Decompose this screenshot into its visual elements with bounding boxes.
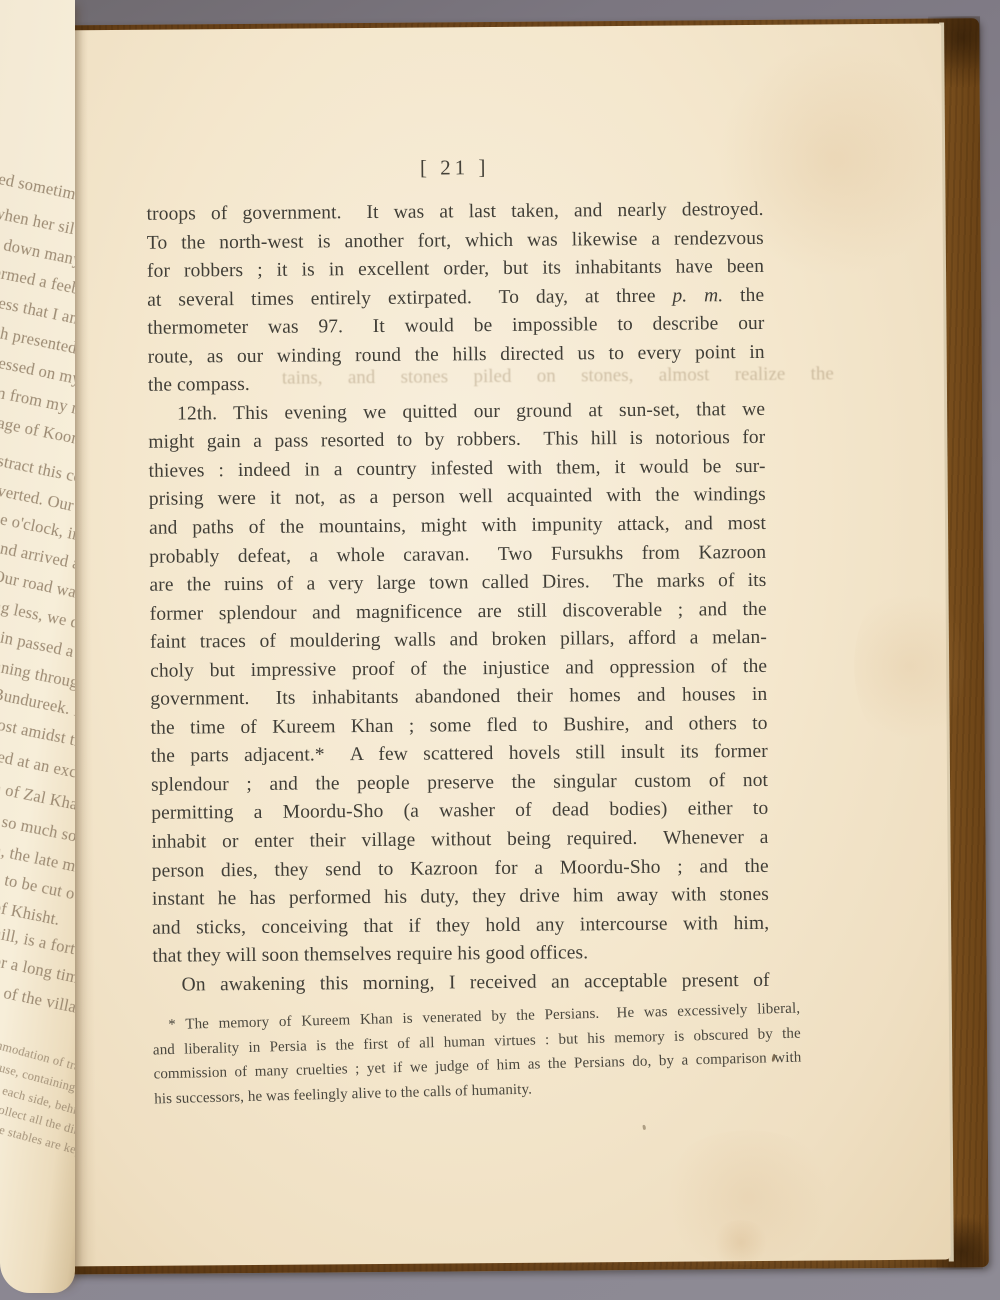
foxing-stain — [710, 1220, 770, 1265]
page-body-text: troops of government. It was at last tak… — [146, 196, 769, 1000]
book: [ 21 ] tains, and stones piled on stones… — [0, 0, 1000, 1300]
page-number: [ 21 ] — [146, 153, 763, 183]
foxing-stain — [655, 1129, 841, 1265]
footnote: * The memory of Kureem Khan is venerated… — [152, 997, 802, 1112]
facing-page-edge: red sometimes withwhen her silver bres d… — [0, 0, 75, 1293]
text-line: route, as our winding round the hills di… — [148, 339, 765, 372]
text-line: and paths of the mountains, might with i… — [149, 510, 766, 543]
ink-speck — [642, 1125, 646, 1130]
text-line: troops of government. It was at last tak… — [146, 196, 763, 229]
text-line: inhabit or enter their village without b… — [151, 824, 768, 857]
text-line: thermometer was 97. It would be impossib… — [147, 310, 764, 343]
facing-page-text-line: s of the village, an — [0, 981, 75, 1026]
facing-page-text-line: lage of Koonar Tak — [0, 412, 75, 458]
text-line: instant he has performed his duty, they … — [152, 881, 769, 914]
text-line: and sticks, conceiving that if they hold… — [152, 910, 769, 943]
text-line: faint traces of mouldering walls and bro… — [150, 624, 767, 657]
text-line: On awakening this morning, I received an… — [153, 967, 770, 1000]
book-page: [ 21 ] tains, and stones piled on stones… — [61, 24, 951, 1267]
text-line: government. Its inhabitants abandoned th… — [150, 681, 767, 714]
text-line: are the ruins of a very large town calle… — [149, 567, 766, 600]
text-line: for robbers ; it is in excellent order, … — [147, 253, 764, 286]
